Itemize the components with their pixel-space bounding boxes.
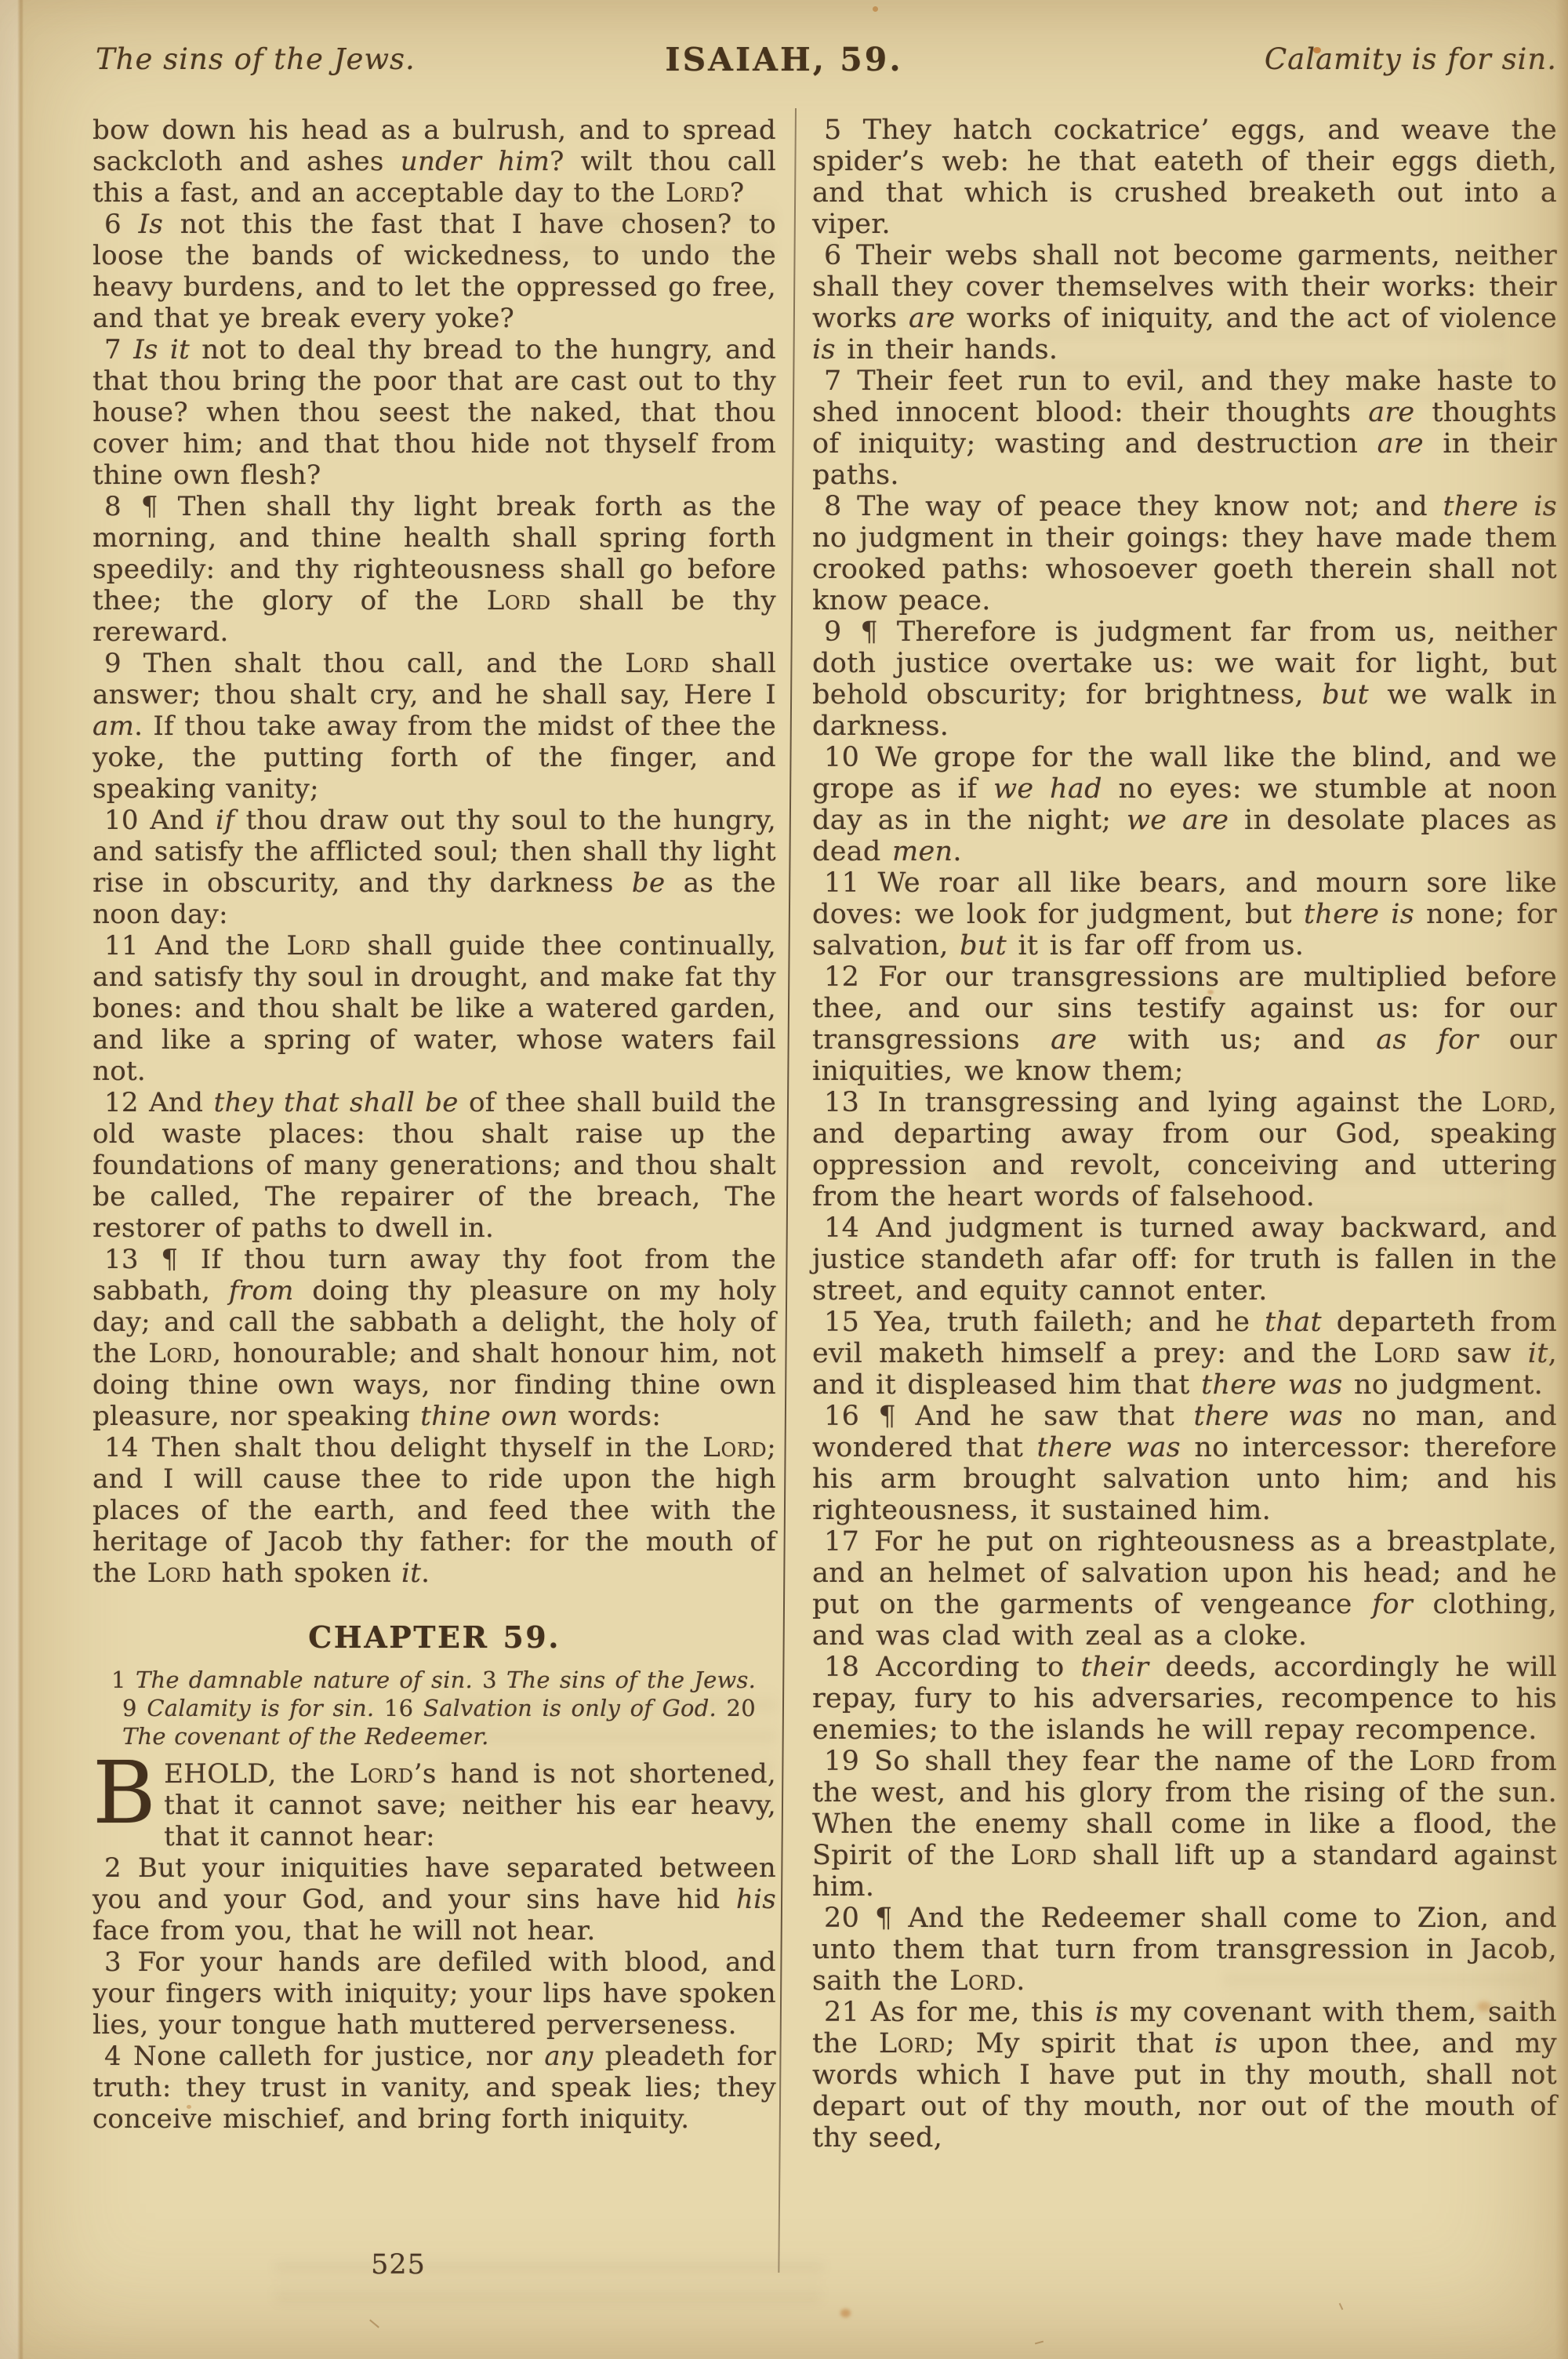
verse-paragraph: 9 Then shalt thou call, and the Lord sha… [93,648,776,805]
verse-paragraph: 19 So shall they fear the name of the Lo… [812,1746,1557,1903]
verse-paragraph: 8 ¶ Then shall thy light break forth as … [93,491,776,648]
verse-paragraph: 8 The way of peace they know not; and th… [812,491,1557,616]
chapter59-verses-left: BEHOLD, the Lord’s hand is not shortened… [93,1758,776,2135]
verse-paragraph: 12 For our transgressions are multiplied… [812,961,1557,1087]
verse-paragraph: 20 ¶ And the Redeemer shall come to Zion… [812,1903,1557,1997]
verse-paragraph: 14 And judgment is turned away backward,… [812,1212,1557,1307]
chapter59-verses-right: 5 They hatch cockatrice’ eggs, and weave… [812,114,1557,2154]
drop-cap-letter: B [93,1758,164,1824]
bible-page: The sins of the Jews. ISAIAH, 59. Calami… [0,0,1568,2359]
chapter-heading: CHAPTER 59. [93,1622,776,1653]
verse-paragraph: bow down his head as a bulrush, and to s… [93,114,776,209]
verse-paragraph: 12 And they that shall be of thee shall … [93,1087,776,1244]
verse-paragraph: 15 Yea, truth faileth; and he that depar… [812,1307,1557,1401]
paper-fiber [1339,2303,1344,2310]
verse-paragraph: 5 They hatch cockatrice’ eggs, and weave… [812,114,1557,240]
verse-paragraph: 6 Is not this the fast that I have chose… [93,209,776,334]
verse-paragraph: 9 ¶ Therefore is judgment far from us, n… [812,616,1557,742]
verse-paragraph: 7 Their feet run to evil, and they make … [812,365,1557,491]
verse-paragraph: 14 Then shalt thou delight thyself in th… [93,1432,776,1589]
verse-paragraph: 6 Their webs shall not become garments, … [812,240,1557,365]
page-right-edge-shadow [1555,0,1568,2359]
verse-paragraph: 17 For he put on righteousness as a brea… [812,1526,1557,1652]
verse-paragraph-dropcap: BEHOLD, the Lord’s hand is not shortened… [93,1758,776,1852]
chapter58-verses: bow down his head as a bulrush, and to s… [93,114,776,1589]
verse-paragraph: 11 We roar all like bears, and mourn sor… [812,867,1557,961]
verse-paragraph: 7 Is it not to deal thy bread to the hun… [93,334,776,491]
verse-paragraph: 13 In transgressing and lying against th… [812,1087,1557,1212]
verse-paragraph: 10 And if thou draw out thy soul to the … [93,805,776,930]
column-divider-rule [778,108,797,2273]
verse-paragraph: 4 None calleth for justice, nor any plea… [93,2041,776,2135]
verse-paragraph: 2 But your iniquities have separated bet… [93,1852,776,1946]
page-left-edge-crease [0,0,24,2359]
verse-paragraph: 13 ¶ If thou turn away thy foot from the… [93,1244,776,1432]
foxing-speck [840,2309,851,2317]
chapter-summary: 1 The damnable nature of sin. 3 The sins… [93,1666,756,1750]
paper-fiber [369,2319,379,2328]
running-head-right: Calamity is for sin. [1265,42,1557,76]
verse-paragraph: 3 For your hands are defiled with blood,… [93,1946,776,2041]
verse-paragraph: 21 As for me, this is my covenant with t… [812,1997,1557,2154]
verse-paragraph: 18 According to their deeds, accordingly… [812,1652,1557,1746]
scanned-bible-page: { "header": { "left": "The sins of the J… [0,0,1568,2359]
right-column: 5 They hatch cockatrice’ eggs, and weave… [812,114,1557,2154]
verse-paragraph: 16 ¶ And he saw that there was no man, a… [812,1401,1557,1526]
page-number: 525 [93,2249,704,2281]
foxing-speck [873,6,878,12]
verse-paragraph: 10 We grope for the wall like the blind,… [812,742,1557,867]
paper-fiber [1035,2341,1044,2345]
verse-paragraph: 11 And the Lord shall guide thee continu… [93,930,776,1087]
left-column: bow down his head as a bulrush, and to s… [93,114,776,2135]
